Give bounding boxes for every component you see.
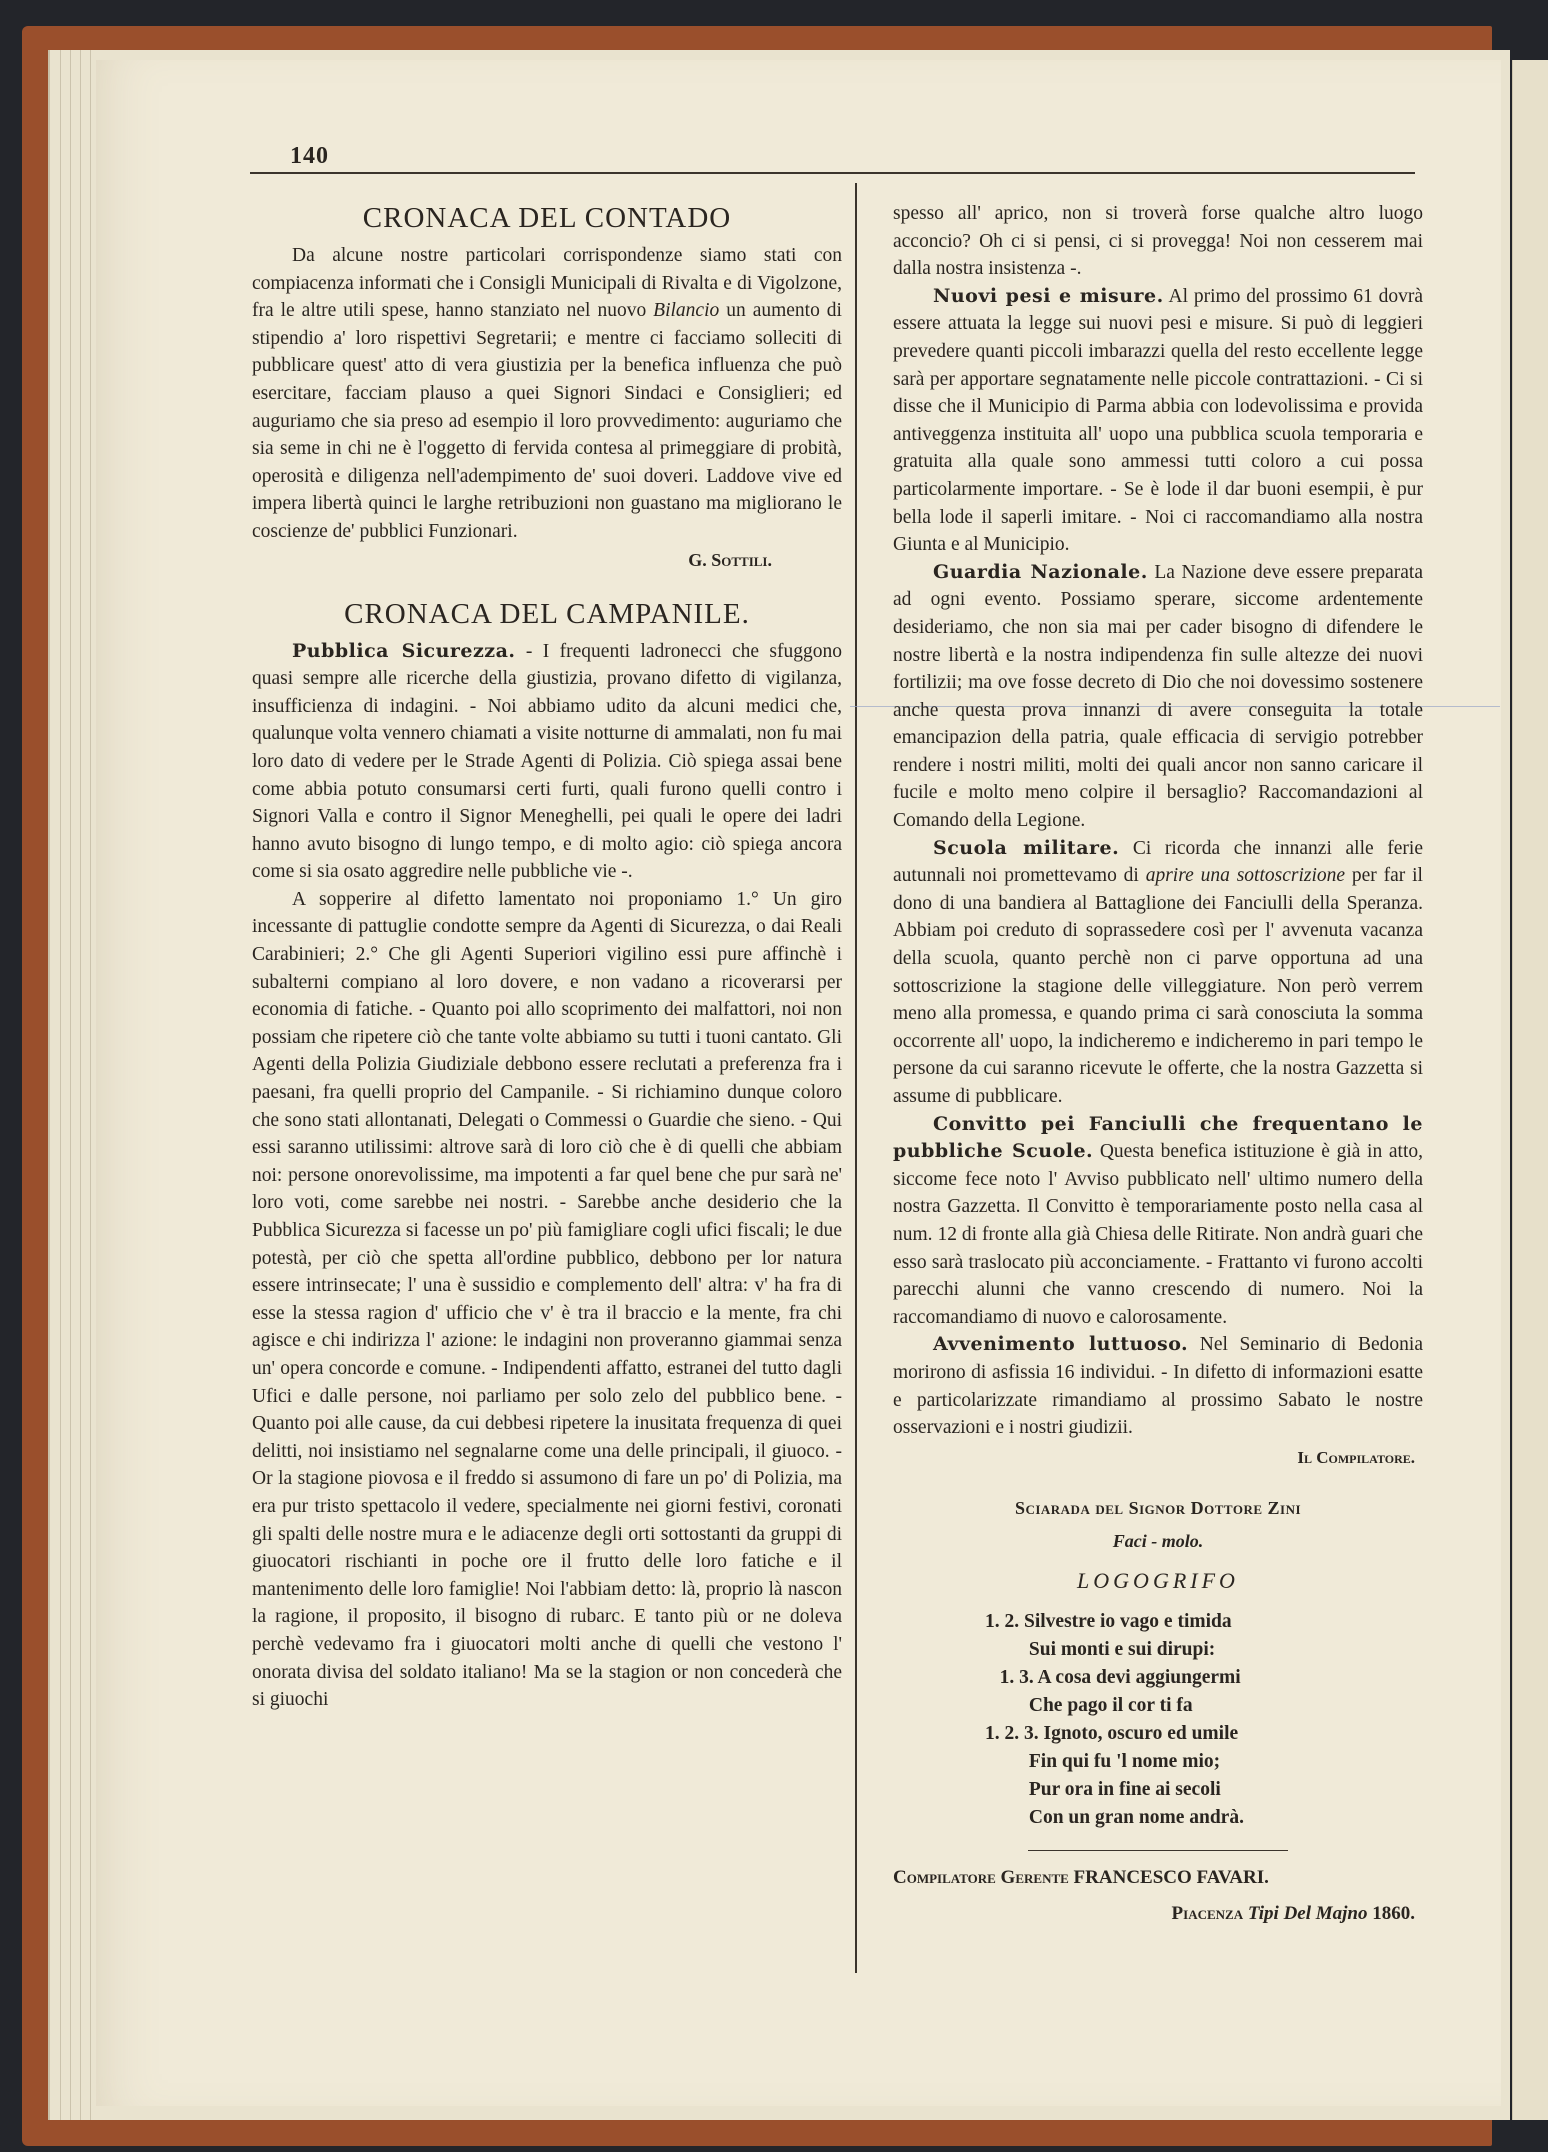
proposals-paragraph: A sopperire al difetto lamentato noi pro…	[252, 886, 842, 1714]
page-number: 140	[290, 143, 329, 170]
subhead-scuola-militare: Scuola militare.	[933, 837, 1119, 859]
sciarada-title: Sciarada del Signor Dottore Zini	[893, 1498, 1423, 1519]
verse-line: 1. 2. 3. Ignoto, oscuro ed umile	[985, 1720, 1423, 1748]
subhead-guardia-nazionale: Guardia Nazionale.	[933, 561, 1148, 583]
verse-line: Pur ora in fine ai secoli	[985, 1776, 1423, 1804]
continuation-paragraph: spesso all' aprico, non si troverà forse…	[893, 200, 1423, 283]
imprint-line: Piacenza Tipi Del Majno 1860.	[893, 1903, 1423, 1925]
item-convitto: Convitto pei Fanciulli che frequentano l…	[893, 1111, 1423, 1332]
verse-line: Sui monti e sui dirupi:	[985, 1636, 1423, 1664]
right-column: spesso all' aprico, non si troverà forse…	[893, 200, 1423, 1925]
pubblica-sicurezza-paragraph: Pubblica Sicurezza. - I frequenti ladron…	[252, 638, 842, 886]
subhead-avvenimento: Avvenimento luttuoso.	[933, 1333, 1188, 1355]
column-divider	[855, 183, 857, 1973]
signature-compilatore: Il Compilatore.	[893, 1444, 1423, 1472]
verse-line: Fin qui fu 'l nome mio;	[985, 1748, 1423, 1776]
section-title-contado: CRONACA DEL CONTADO	[252, 200, 842, 236]
item-scuola-militare: Scuola militare. Ci ricorda che innanzi …	[893, 835, 1423, 1111]
left-column: CRONACA DEL CONTADO Da alcune nostre par…	[252, 200, 842, 1714]
item-nuovi-pesi: Nuovi pesi e misure. Al primo del prossi…	[893, 283, 1423, 559]
signature-sottili: G. Sottili.	[252, 546, 842, 574]
contado-paragraph: Da alcune nostre particolari corrisponde…	[252, 242, 842, 546]
section-title-campanile: CRONACA DEL CAMPANILE.	[252, 596, 842, 632]
subhead-pubblica-sicurezza: Pubblica Sicurezza.	[292, 640, 516, 662]
logogrifo-title: LOGOGRIFO	[893, 1568, 1423, 1594]
gerente-line: Compilatore Gerente FRANCESCO FAVARI.	[893, 1867, 1423, 1889]
closing-rule	[1028, 1850, 1288, 1851]
item-guardia-nazionale: Guardia Nazionale. La Nazione deve esser…	[893, 559, 1423, 835]
verse-line: 1. 2. Silvestre io vago e timida	[985, 1608, 1423, 1636]
header-rule	[250, 172, 1415, 174]
logogrifo-verse: 1. 2. Silvestre io vago e timida Sui mon…	[893, 1608, 1423, 1832]
verse-line: Che pago il cor ti fa	[985, 1692, 1423, 1720]
next-page-edge	[1512, 60, 1548, 2120]
verse-line: 1. 3. A cosa devi aggiungermi	[985, 1664, 1423, 1692]
subhead-nuovi-pesi: Nuovi pesi e misure.	[933, 285, 1164, 307]
item-avvenimento: Avvenimento luttuoso. Nel Seminario di B…	[893, 1331, 1423, 1441]
verse-line: Con un gran nome andrà.	[985, 1804, 1423, 1832]
sciarada-answer: Faci - molo.	[893, 1531, 1423, 1552]
